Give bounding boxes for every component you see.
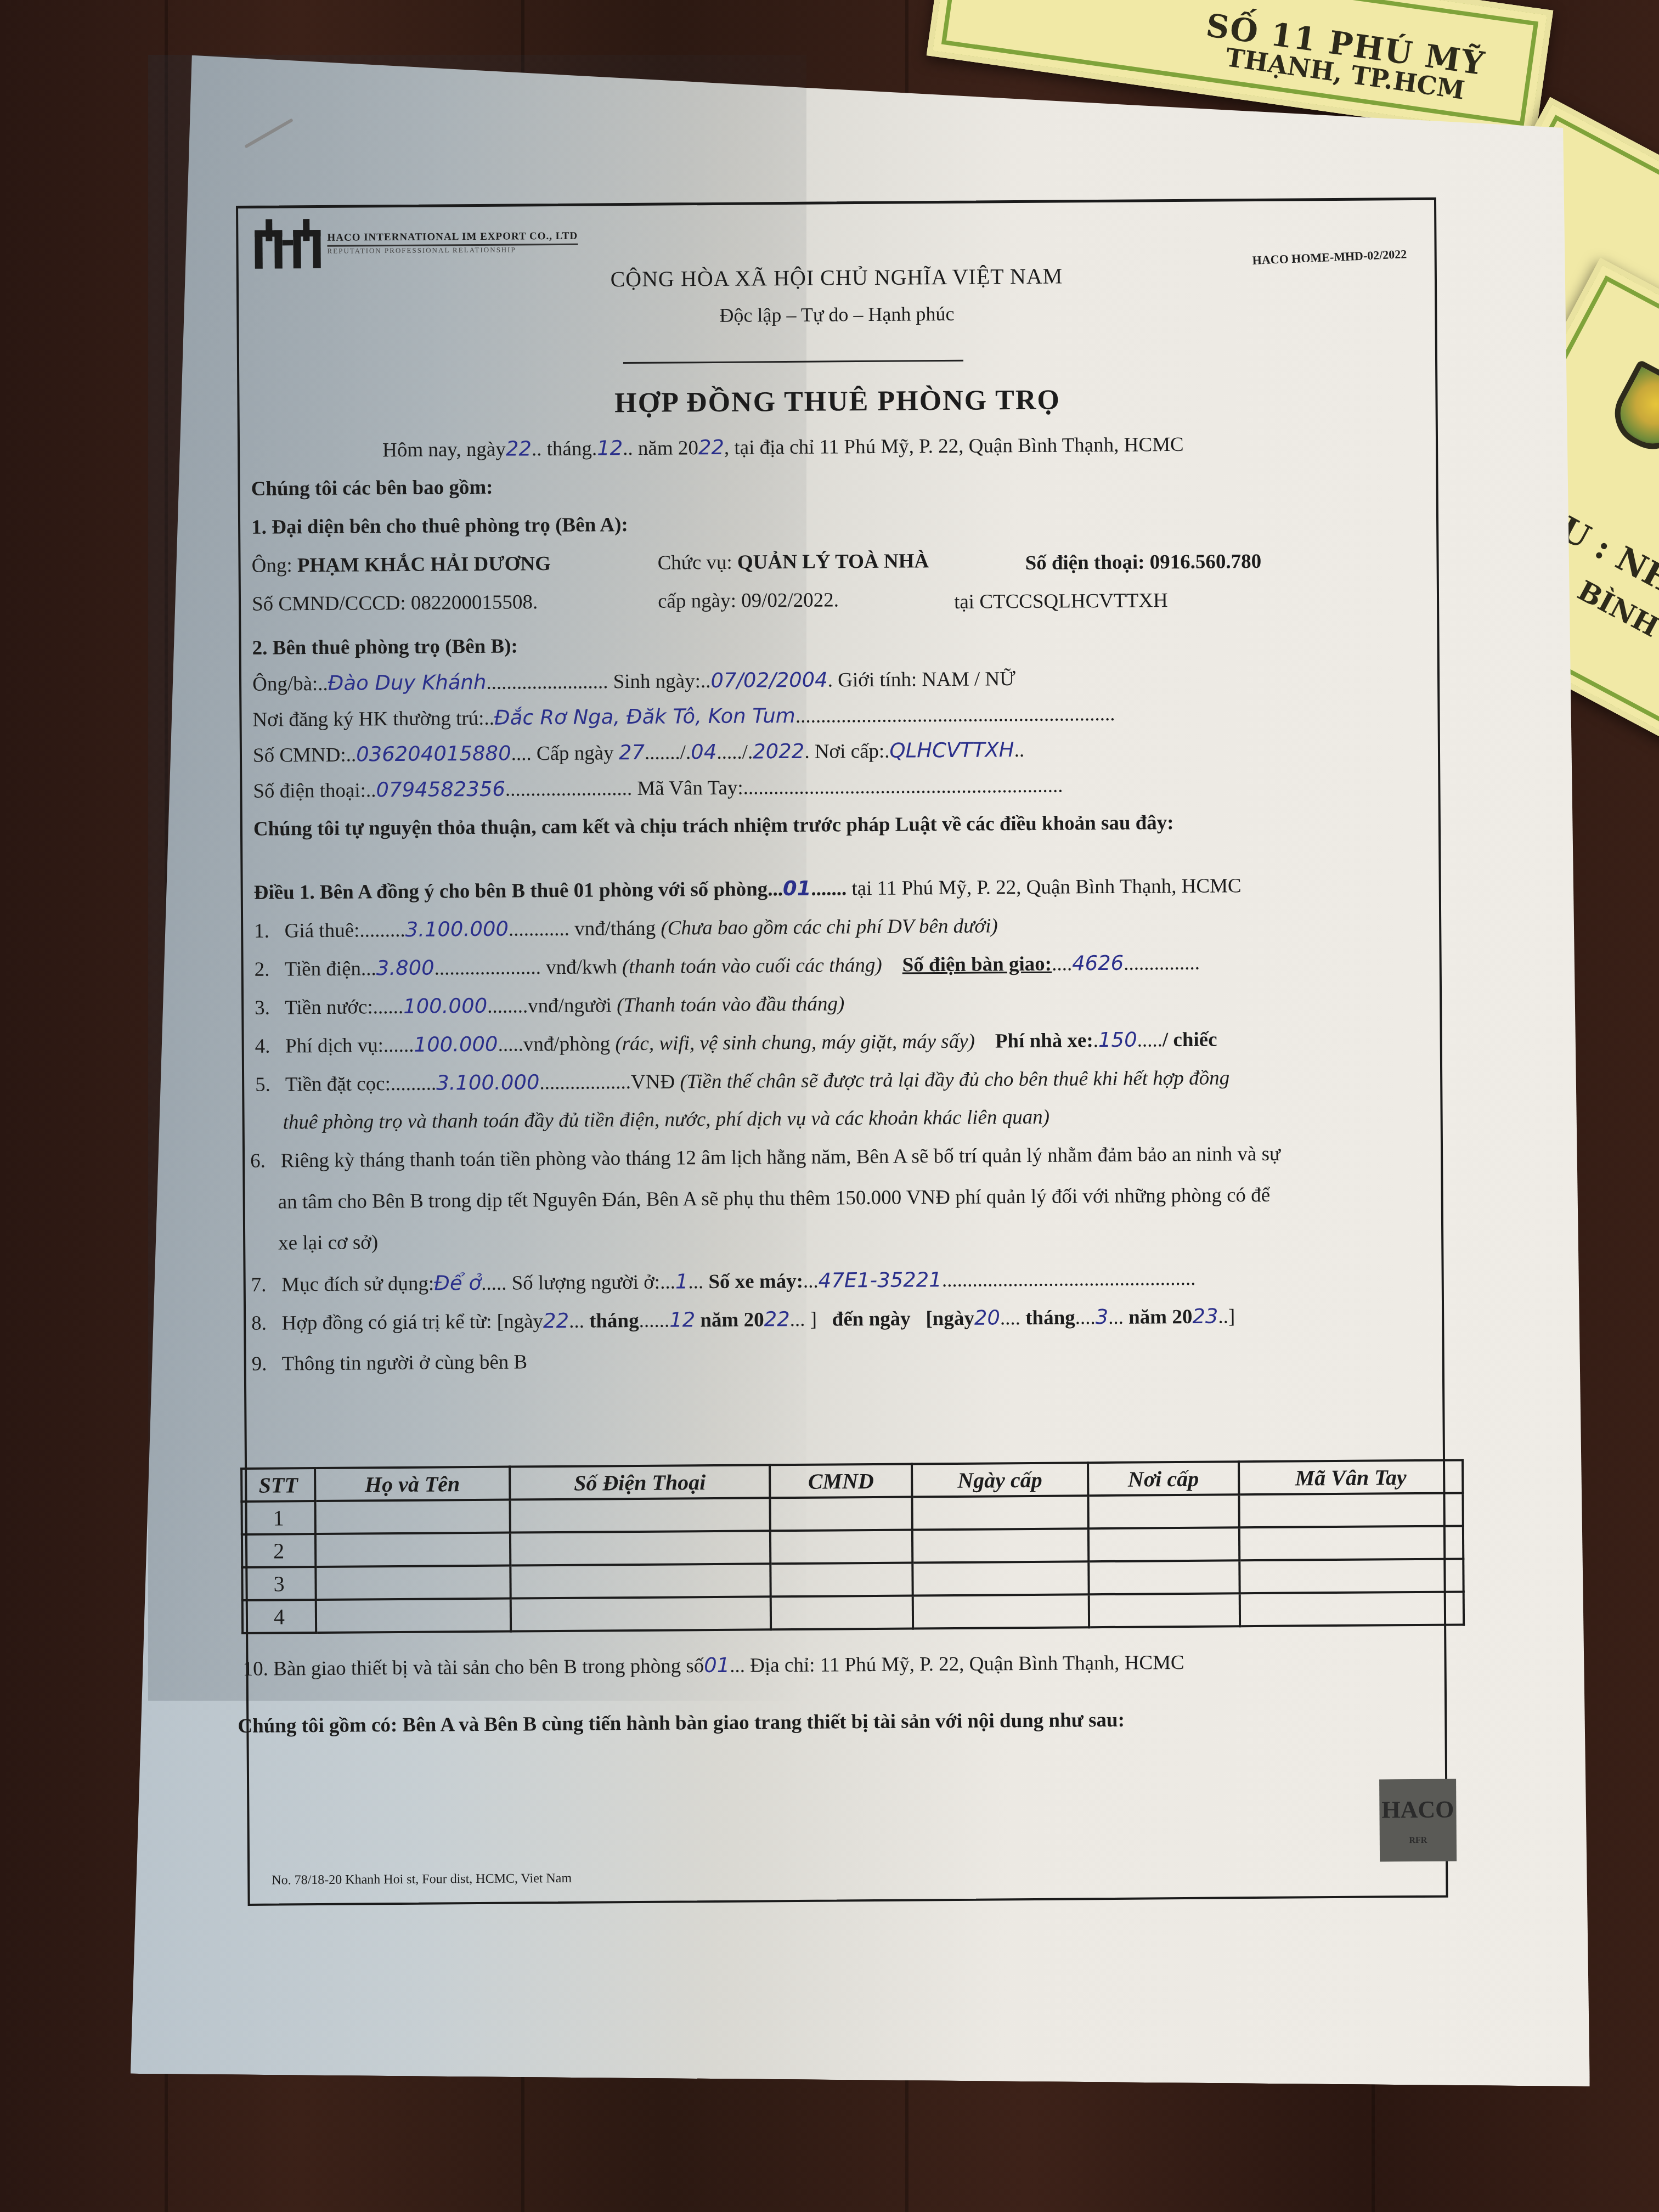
party-b-heading: 2. Bên thuê phòng trọ (Bên B): — [252, 634, 517, 659]
item-unit: vnđ/kwh — [546, 956, 617, 979]
table-cell[interactable] — [315, 1533, 510, 1567]
table-cell[interactable] — [510, 1498, 770, 1532]
column-header: CMND — [770, 1464, 912, 1498]
label: tháng — [1025, 1306, 1075, 1329]
label: Số điện thoại: — [1025, 551, 1144, 574]
table-cell[interactable] — [770, 1562, 912, 1596]
party-a-place-row: tại CTCCSQLHCVTTXH — [954, 589, 1168, 614]
table-cell[interactable] — [913, 1594, 1089, 1628]
intro-year: 22 — [698, 436, 724, 459]
party-b-residence: Đắc Rơ Nga, Đăk Tô, Kon Tum — [494, 704, 795, 730]
label: Số điện thoại: — [253, 779, 366, 802]
party-a-name: PHẠM KHẮC HẢI DƯƠNG — [297, 552, 551, 577]
stamp-subtext: RFR — [1380, 1836, 1457, 1846]
column-header: Số Điện Thoại — [510, 1465, 770, 1499]
article-1: Điều 1. Bên A đồng ý cho bên B thuê 01 p… — [254, 873, 1242, 905]
bike-label: Số xe máy: — [708, 1270, 803, 1293]
company-logo: HACO INTERNATIONAL IM EXPORT CO., LTD RE… — [255, 217, 578, 269]
contract-title: HỢP ĐỒNG THUÊ PHÒNG TRỌ — [239, 381, 1435, 422]
party-a-phone: 0916.560.780 — [1150, 550, 1262, 573]
item-label: Tiền nước: — [285, 996, 373, 1019]
article-10: 10. Bàn giao thiết bị và tài sản cho bên… — [242, 1650, 1184, 1681]
from-month: 12 — [669, 1308, 695, 1331]
row-number: 3 — [242, 1567, 315, 1600]
table-cell[interactable] — [770, 1497, 912, 1531]
item-water: 3. Tiền nước:......100.000........vnđ/ng… — [255, 991, 844, 1020]
company-name: HACO INTERNATIONAL IM EXPORT CO., LTD — [327, 230, 578, 246]
item-num: 9. — [252, 1353, 267, 1375]
item-label: Phí dịch vụ: — [285, 1034, 383, 1057]
item-num: 6. — [250, 1150, 266, 1172]
party-a-role-row: Chức vụ: QUẢN LÝ TOÀ NHÀ — [657, 549, 929, 574]
motto: Độc lập – Tự do – Hạnh phúc — [239, 299, 1435, 330]
item-rent: 1. Giá thuê:.........3.100.000..........… — [254, 913, 998, 943]
handover-statement: Chúng tôi gồm có: Bên A và Bên B cùng ti… — [238, 1708, 1125, 1738]
intro-prefix: Hôm nay, ngày — [382, 438, 506, 462]
bike-plate: 47E1-35221 — [819, 1268, 942, 1293]
label: Giới tính: — [838, 668, 917, 691]
table-cell[interactable] — [912, 1496, 1088, 1530]
column-header: Ngày cấp — [912, 1463, 1088, 1497]
table-cell[interactable] — [1088, 1494, 1239, 1528]
service-value: 100.000 — [414, 1032, 498, 1057]
table-cell[interactable] — [510, 1531, 771, 1565]
column-header: Họ và Tên — [315, 1467, 510, 1501]
people-value: 1 — [675, 1269, 689, 1293]
column-header: STT — [241, 1468, 315, 1502]
party-a-name-row: Ông: PHẠM KHẮC HẢI DƯƠNG — [251, 552, 551, 578]
deposit-value: 3.100.000 — [436, 1070, 540, 1094]
item-num: 8. — [251, 1312, 267, 1335]
party-a-role: QUẢN LÝ TOÀ NHÀ — [737, 550, 929, 573]
shield-logo-icon — [1604, 359, 1659, 461]
label: Số CMND/CCCD: — [252, 592, 406, 616]
room-number: 01 — [783, 877, 811, 900]
item-num: 1. — [254, 920, 269, 943]
parking-value: 150 — [1098, 1028, 1137, 1052]
party-b-gender: NAM / NỮ — [922, 668, 1015, 691]
parking-label: Phí nhà xe: — [995, 1029, 1093, 1052]
item-label: Tiền điện — [284, 957, 361, 980]
column-header: Mã Vân Tay — [1239, 1460, 1463, 1494]
item-unit: vnđ/tháng — [574, 917, 656, 940]
haco-stamp: HACO RFR — [1379, 1779, 1457, 1862]
article-1-address: tại 11 Phú Mỹ, P. 22, Quận Bình Thạnh, H… — [851, 874, 1242, 900]
item-label: Giá thuê: — [285, 919, 360, 942]
agreement-statement: Chúng tôi tự nguyện thỏa thuận, cam kết … — [253, 811, 1174, 841]
item-note: (Thanh toán vào đầu tháng) — [617, 992, 844, 1017]
row-number: 2 — [242, 1534, 315, 1567]
to-day: 20 — [974, 1306, 1000, 1329]
stamp-text: HACO — [1379, 1796, 1456, 1824]
item-8: 8. Hợp đồng có giá trị kể từ: [ngày22...… — [251, 1304, 1235, 1335]
label: Chức vụ: — [657, 551, 732, 574]
party-b-issued-day: 27 — [619, 741, 645, 764]
handover-room: 01 — [704, 1654, 730, 1677]
table-cell[interactable] — [510, 1564, 771, 1598]
year-label: năm 20 — [638, 437, 698, 460]
article-10-address: Địa chỉ: 11 Phú Mỹ, P. 22, Quận Bình Thạ… — [750, 1651, 1184, 1677]
item-6-line-3: xe lại cơ sở) — [278, 1231, 378, 1255]
contract-frame: HACO INTERNATIONAL IM EXPORT CO., LTD RE… — [236, 198, 1448, 1906]
party-b-phone: 0794582356 — [376, 777, 505, 802]
party-b-name: Đào Duy Khánh — [328, 670, 487, 695]
item-9-label: Thông tin người ở cùng bên B — [281, 1351, 527, 1375]
party-a-issued: 09/02/2022. — [741, 589, 839, 612]
item-num: 5. — [255, 1074, 270, 1096]
label: Nơi đăng ký HK thường trú: — [252, 707, 484, 731]
table-cell[interactable] — [1239, 1559, 1463, 1593]
company-slogan: REPUTATION PROFESSIONAL RELATIONSHIP — [328, 245, 578, 255]
table-cell[interactable] — [510, 1596, 771, 1631]
meter-value: 4626 — [1072, 951, 1124, 975]
table-cell[interactable] — [912, 1528, 1088, 1562]
party-a-phone-row: Số điện thoại: 0916.560.780 — [1025, 550, 1261, 575]
rent-value: 3.100.000 — [405, 917, 509, 941]
article-1-text: Điều 1. Bên A đồng ý cho bên B thuê 01 p… — [254, 878, 768, 904]
label: Ông/bà: — [252, 673, 318, 696]
label: năm 20 — [1128, 1306, 1192, 1329]
column-header: Nơi cấp — [1088, 1462, 1239, 1496]
item-service: 4. Phí dịch vụ:......100.000.....vnđ/phò… — [255, 1028, 1217, 1058]
table-cell[interactable] — [1088, 1560, 1240, 1594]
water-value: 100.000 — [403, 994, 487, 1018]
item-num: 2. — [255, 958, 270, 981]
item-note: (Tiền thế chân sẽ được trả lại đầy đủ ch… — [680, 1066, 1229, 1093]
intro-day: 22 — [506, 437, 532, 460]
item-deposit: 5. Tiền đặt cọc:.........3.100.000......… — [255, 1065, 1229, 1096]
meter-label: Số điện bàn giao: — [902, 953, 1052, 977]
party-a-id: 082200015508. — [411, 591, 538, 614]
item-electricity: 2. Tiền điện...3.800....................… — [255, 951, 1200, 981]
item-6-line-2: an tâm cho Bên B trong dịp tết Nguyên Đá… — [278, 1183, 1271, 1214]
label: cấp ngày: — [658, 590, 736, 613]
from-year: 22 — [764, 1307, 789, 1331]
label: năm 20 — [700, 1308, 764, 1331]
label: [ngày — [926, 1307, 974, 1330]
row-number: 1 — [241, 1501, 315, 1534]
intro-suffix: tại địa chỉ 11 Phú Mỹ, P. 22, Quận Bình … — [734, 433, 1183, 459]
label: Ông: — [251, 554, 292, 577]
table-cell[interactable] — [1240, 1592, 1464, 1626]
table-cell[interactable] — [1088, 1593, 1240, 1627]
item-9: 9. Thông tin người ở cùng bên B — [252, 1350, 528, 1376]
item-num: 3. — [255, 997, 270, 1019]
label: Cấp ngày — [537, 742, 614, 765]
intro-month: 12 — [597, 436, 623, 460]
item-note: (rác, wifi, vệ sinh chung, máy giặt, máy… — [615, 1030, 975, 1056]
party-b-phone-row: Số điện thoại:..0794582356..............… — [253, 774, 1063, 803]
month-label: tháng — [547, 437, 592, 460]
party-b-id: 036204015880 — [356, 742, 511, 766]
table-cell[interactable] — [770, 1530, 912, 1564]
purpose-value: Để ở — [434, 1271, 481, 1295]
validity-label: Hợp đồng có giá trị kể từ: [ngày — [282, 1310, 544, 1334]
label: Mã Vân Tay: — [637, 777, 743, 800]
to-year: 23 — [1192, 1305, 1218, 1328]
item-num: 7. — [251, 1274, 267, 1296]
item-unit: vnđ/người — [528, 994, 612, 1017]
from-day: 22 — [543, 1309, 569, 1333]
haco-logo-icon — [255, 219, 321, 269]
table-cell[interactable] — [1239, 1493, 1463, 1527]
table-cell[interactable] — [316, 1599, 511, 1633]
label: Sinh ngày: — [613, 670, 701, 693]
table-cell[interactable] — [912, 1561, 1088, 1595]
party-a-id-row: Số CMND/CCCD: 082200015508. — [252, 590, 538, 616]
table-cell[interactable] — [1239, 1526, 1463, 1560]
party-a-issued-row: cấp ngày: 09/02/2022. — [658, 588, 839, 613]
item-6: 6. Riêng kỳ tháng thanh toán tiền phòng … — [250, 1142, 1280, 1173]
item-note: (thanh toán vào cuối các tháng) — [622, 954, 882, 978]
item-label: Tiền đặt cọc: — [285, 1073, 391, 1096]
people-label: Số lượng người ở: — [511, 1271, 660, 1295]
item-7: 7. Mục đích sử dụng:Để ở..... Số lượng n… — [251, 1266, 1196, 1297]
to-month: 3 — [1095, 1305, 1108, 1329]
intro-line: Hôm nay, ngày22.. tháng.12.. năm 2022, t… — [382, 432, 1184, 462]
divider — [623, 360, 963, 364]
item-unit: vnđ/phòng — [523, 1032, 611, 1056]
party-b-name-row: Ông/bà:..Đào Duy Khánh..................… — [252, 667, 1015, 696]
article-10-text: 10. Bàn giao thiết bị và tài sản cho bên… — [242, 1655, 704, 1680]
purpose-label: Mục đích sử dụng: — [281, 1273, 434, 1296]
table-cell[interactable] — [315, 1500, 510, 1534]
label: đến ngày — [832, 1307, 911, 1330]
item-6-line: Riêng kỳ tháng thanh toán tiền phòng vào… — [281, 1143, 1281, 1172]
party-b-issued-year: 2022 — [753, 740, 804, 764]
label: tại — [954, 591, 974, 613]
party-b-issuer: QLHCVTTXH — [889, 738, 1014, 763]
item-unit: VNĐ — [631, 1070, 675, 1093]
label: tháng — [589, 1310, 639, 1333]
footer-address: No. 78/18-20 Khanh Hoi st, Four dist, HC… — [272, 1871, 572, 1888]
item-num: 4. — [255, 1035, 270, 1058]
party-b-id-row: Số CMND:..036204015880.... Cấp ngày 27..… — [253, 738, 1024, 768]
table-cell[interactable] — [315, 1566, 510, 1600]
table-cell[interactable] — [771, 1595, 913, 1629]
deposit-note-2: thuê phòng trọ và thanh toán đầy đủ tiền… — [283, 1105, 1050, 1135]
party-b-dob: 07/02/2004 — [710, 668, 828, 692]
parties-heading: Chúng tôi các bên bao gồm: — [251, 476, 493, 501]
party-b-issued-month: 04 — [691, 740, 716, 764]
row-number: 4 — [242, 1600, 316, 1633]
table-cell[interactable] — [1088, 1527, 1239, 1561]
electricity-value: 3.800 — [376, 956, 435, 980]
party-b-residence-row: Nơi đăng ký HK thường trú:..Đắc Rơ Nga, … — [252, 702, 1115, 732]
item-note: (Chưa bao gồm các chi phí DV bên dưới) — [661, 915, 998, 939]
label: Số CMND: — [253, 744, 346, 767]
label: Nơi cấp: — [815, 740, 885, 763]
parking-unit: / chiếc — [1163, 1029, 1217, 1052]
co-residents-table: STTHọ và TênSố Điện ThoạiCMNDNgày cấpNơi… — [240, 1459, 1465, 1634]
party-a-place: CTCCSQLHCVTTXH — [979, 589, 1168, 613]
party-a-heading: 1. Đại diện bên cho thuê phòng trọ (Bên … — [251, 513, 628, 539]
